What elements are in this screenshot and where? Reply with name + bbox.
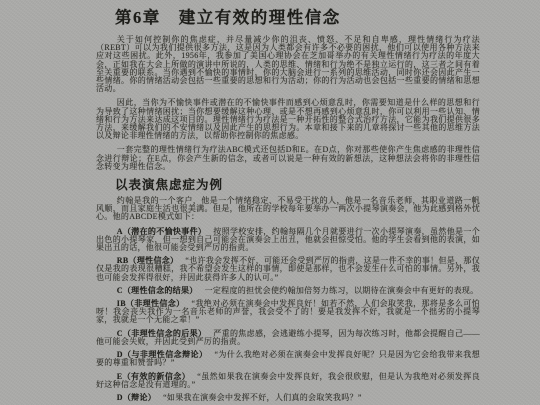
page-content: 第6章 建立有效的理性信念 关于如何控制你的焦虑症，并尽量减少你的沮丧、愤怒、不…: [96, 8, 480, 405]
intro-paragraph-2: 因此，当你为不愉快事件或潜在的不愉快事件而感到心烦意乱时，你需要知道是什么样的思…: [96, 99, 480, 140]
item-label: D（辩论）: [117, 393, 156, 402]
abcde-item-d2-clipped: D（辩论）“如果我在演奏会中发挥不好，人们真的会取笑我吗？”: [96, 394, 480, 402]
abcde-item-c-irrational: C（非理性信念的后果）严重的焦虑感，会逃避练小提琴，因为每次练习时，他都会提醒自…: [96, 330, 480, 346]
intro-paragraph-3: 一套完整的理性情绪行为疗法ABC模式还包括D和E。在D点，你对那些使你产生焦虑感…: [96, 146, 480, 171]
chapter-title: 第6章 建立有效的理性信念: [115, 8, 480, 28]
abcde-item-ib: IB（非理性信念）“我绝对必须在演奏会中发挥良好！如若不然，人们会取笑我，那将是…: [96, 300, 480, 325]
intro-paragraph-1: 关于如何控制你的焦虑症，并尽量减少你的沮丧、愤怒、不足和自卑感，理性情绪行为疗法…: [96, 36, 480, 93]
item-label: C（理性信念的结果）: [117, 286, 198, 295]
abcde-item-c-rational: C（理性信念的结果）一定程度的担忧会使约翰加倍努力练习，以期待在演奏会中有更好的…: [96, 287, 480, 295]
abcde-item-a: A（潜在的不愉快事件）按照学校安排，约翰每隔几个月就要进行一次小提琴演奏，虽然他…: [96, 228, 480, 253]
abcde-item-e: E（有效的新信念）“虽然如果我在演奏会中发挥良好，我会很欣慰，但是认为我绝对必须…: [96, 373, 480, 389]
section-heading: 以表演焦虑症为例: [115, 177, 480, 193]
case-intro-paragraph: 约翰是我的一个客户，他是一个情绪稳定、不易受干扰的人，他是一名音乐老师，其职业道…: [96, 197, 480, 222]
document-page: { "doc": { "chapter_title": "第6章 建立有效的理性…: [0, 0, 540, 405]
abcde-item-d: D（与非理性信念辩论）“为什么我绝对必须在演奏会中发挥良好呢？只是因为它会给我带…: [96, 351, 480, 367]
abcde-item-rb: RB（理性信念）“也许我会发挥不好，可能还会受到严厉的指责，这是一件不幸的事！但…: [96, 257, 480, 282]
item-text: “如果我在演奏会中发挥不好，人们真的会取笑我吗？”: [163, 393, 362, 402]
item-text: 一定程度的担忧会使约翰加倍努力练习，以期待在演奏会中有更好的表现。: [205, 286, 479, 295]
